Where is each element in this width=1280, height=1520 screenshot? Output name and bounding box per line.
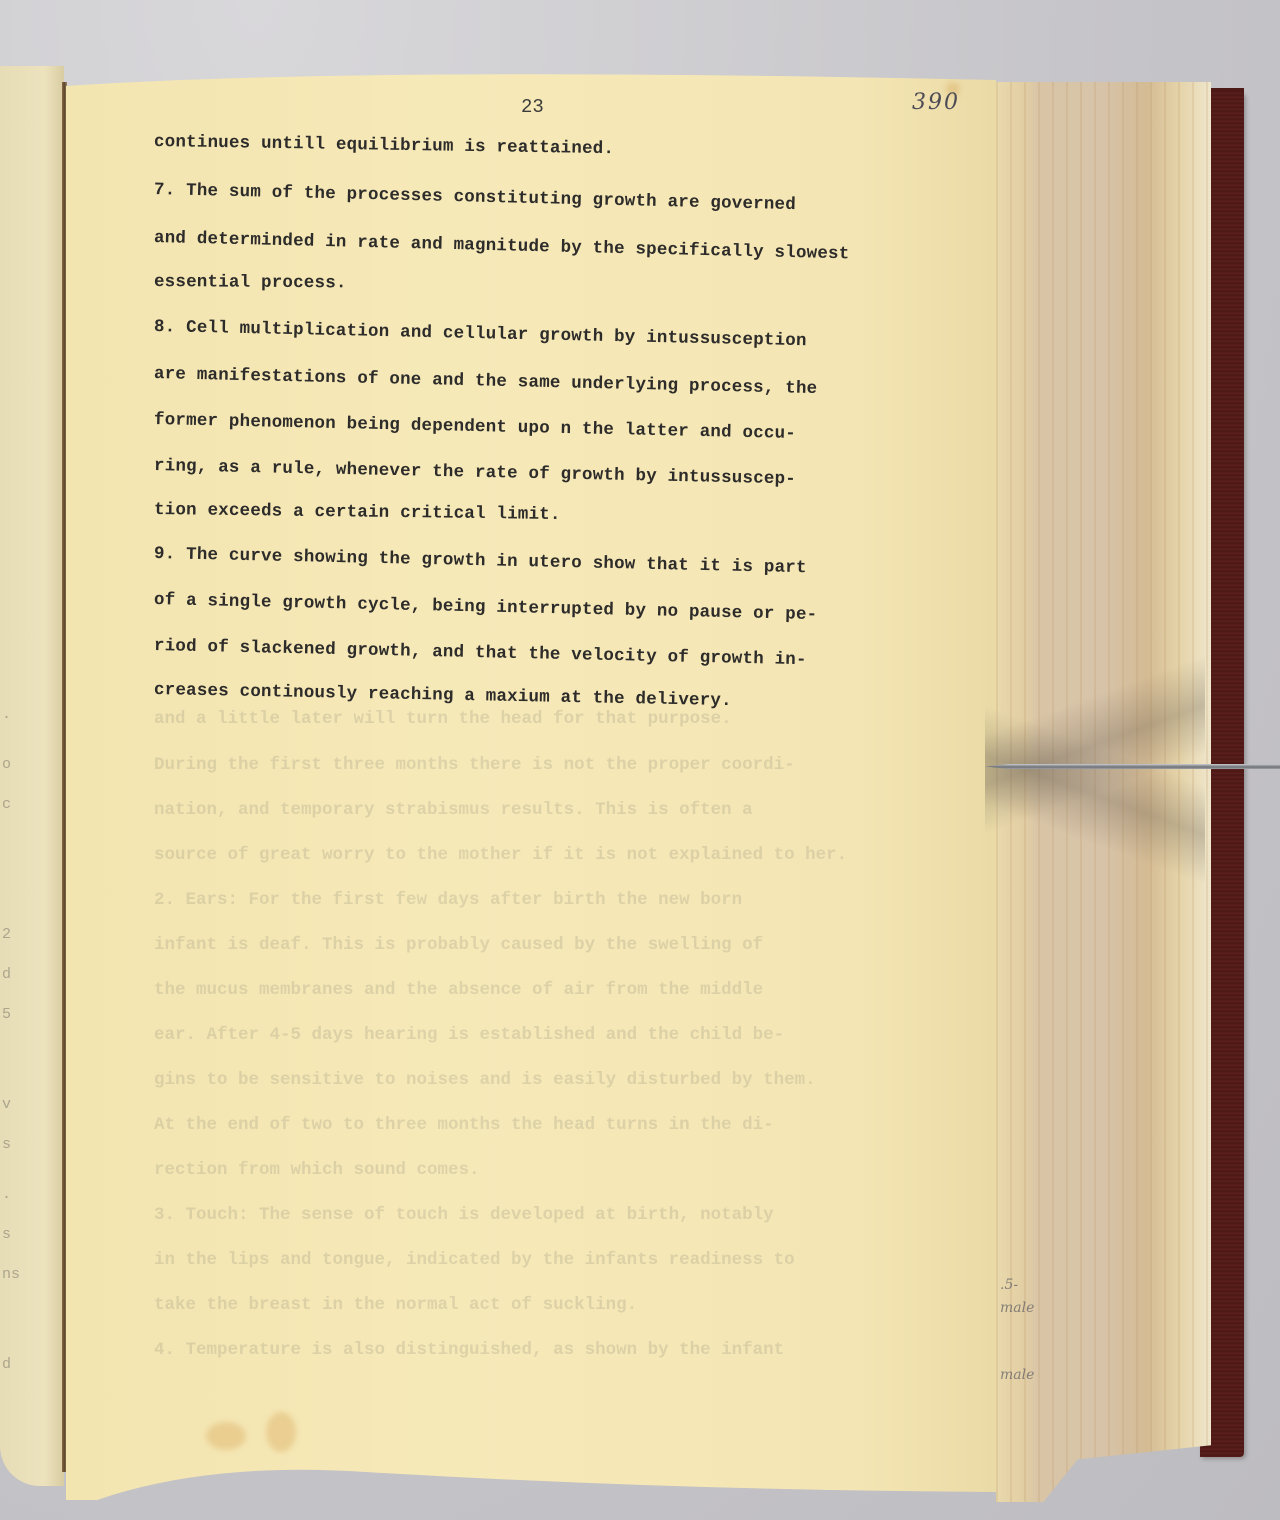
fore-edge-note: male <box>1000 1367 1034 1383</box>
show-through-line: nation, and temporary strabismus results… <box>154 800 753 820</box>
text-line: 9. The curve showing the growth in utero… <box>154 544 807 578</box>
left-page-fragment: s <box>2 1226 11 1243</box>
show-through-line: 3. Touch: The sense of touch is develope… <box>154 1205 774 1225</box>
document-page: and a little later will turn the head fo… <box>66 72 996 1500</box>
show-through-line: 4. Temperature is also distinguished, as… <box>154 1340 784 1360</box>
text-line: creases continously reaching a maxium at… <box>154 680 732 711</box>
page-number: 23 <box>521 96 544 118</box>
show-through-line: At the end of two to three months the he… <box>154 1115 774 1135</box>
text-line: ring, as a rule, whenever the rate of gr… <box>154 456 796 489</box>
handwritten-folio-number: 390 <box>912 90 960 115</box>
page-pointer-needle <box>985 764 1280 769</box>
show-through-line: infant is deaf. This is probably caused … <box>154 935 763 955</box>
show-through-line: take the breast in the normal act of suc… <box>154 1295 637 1315</box>
fore-edge-note: .5- <box>1000 1277 1018 1293</box>
text-line: 8. Cell multiplication and cellular grow… <box>154 317 807 351</box>
page-block-fore-edge: .5- male male <box>996 82 1211 1502</box>
left-page-fragment: 5 <box>2 1006 11 1023</box>
text-line: and determinded in rate and magnitude by… <box>154 228 850 264</box>
text-line: tion exceeds a certain critical limit. <box>154 500 561 525</box>
text-line: 7. The sum of the processes constituting… <box>154 180 796 215</box>
paper-stain <box>266 1412 296 1452</box>
text-line: riod of slackened growth, and that the v… <box>154 636 807 670</box>
left-page-fragment: s <box>2 1136 11 1153</box>
left-page-fragment: 2 <box>2 926 11 943</box>
text-line: essential process. <box>154 272 347 293</box>
left-page-fragment: . <box>2 706 11 723</box>
show-through-line: the mucus membranes and the absence of a… <box>154 980 763 1000</box>
text-line: of a single growth cycle, being interrup… <box>154 590 818 625</box>
left-page-fragment: o <box>2 756 11 773</box>
left-page-fragment: d <box>2 1356 11 1373</box>
show-through-line: in the lips and tongue, indicated by the… <box>154 1250 795 1270</box>
show-through-line: 2. Ears: For the first few days after bi… <box>154 890 742 910</box>
left-page-fragment: . <box>2 1186 11 1203</box>
show-through-line: source of great worry to the mother if i… <box>154 845 847 865</box>
left-facing-page: . o c 2 d 5 v s . s ns d <box>0 66 64 1486</box>
text-line: continues untill equilibrium is reattain… <box>154 132 614 159</box>
text-line: former phenomenon being dependent upo n … <box>154 410 796 444</box>
paper-stain <box>206 1422 246 1450</box>
left-page-fragment: d <box>2 966 11 983</box>
text-line: are manifestations of one and the same u… <box>154 364 818 399</box>
show-through-line: rection from which sound comes. <box>154 1160 480 1180</box>
fore-edge-note: male <box>1000 1300 1034 1316</box>
left-page-fragment: c <box>2 796 11 813</box>
show-through-line: ear. After 4-5 days hearing is establish… <box>154 1025 784 1045</box>
show-through-line: gins to be sensitive to noises and is ea… <box>154 1070 816 1090</box>
show-through-line: and a little later will turn the head fo… <box>154 709 732 729</box>
left-page-fragment: v <box>2 1096 11 1113</box>
show-through-line: During the first three months there is n… <box>154 755 795 775</box>
left-page-fragment: ns <box>2 1266 20 1283</box>
